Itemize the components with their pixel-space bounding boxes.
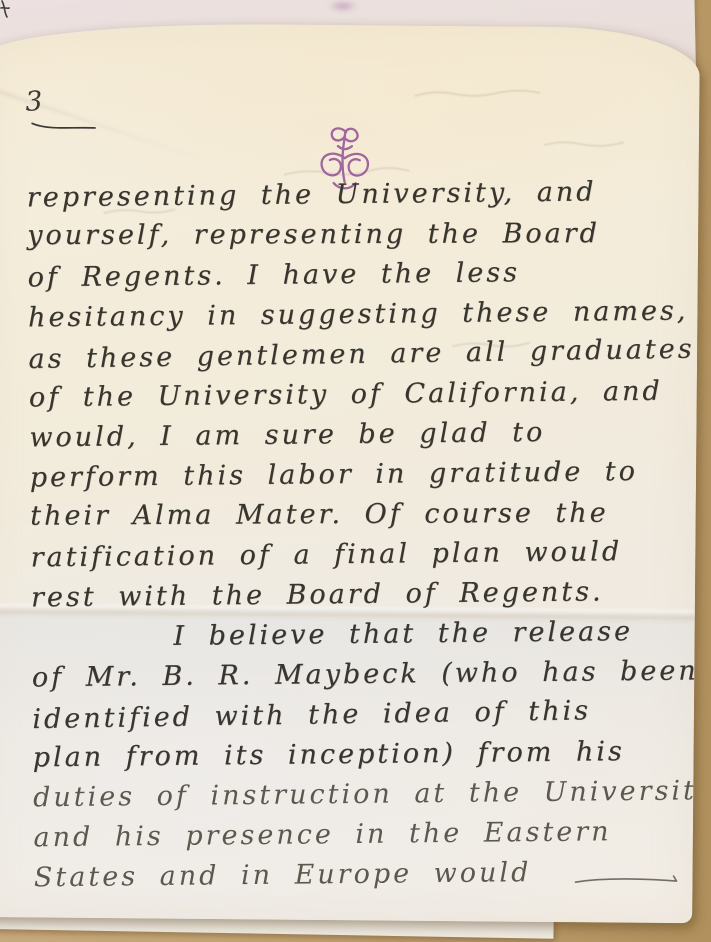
handwritten-line: representing the University, and <box>27 172 675 219</box>
pen-rest-stroke <box>574 873 678 888</box>
handwriting-block: representing the University, and yoursel… <box>27 172 683 899</box>
page-number: 3 <box>24 86 43 118</box>
handwritten-line: would, I am sure be glad to <box>29 412 677 459</box>
letter-photograph: 3 representing the University, and yours… <box>0 0 711 942</box>
letter-page: 3 representing the University, and yours… <box>0 22 700 923</box>
handwritten-line: of the University of California, and <box>29 372 677 419</box>
monogram-bleed-smudge <box>328 0 358 12</box>
handwritten-line: duties of instruction at the University, <box>33 772 681 819</box>
corner-ink-mark <box>0 0 14 22</box>
handwritten-line: I believe that the release <box>31 612 679 659</box>
handwritten-line: their Alma Mater. Of course the <box>30 493 678 536</box>
handwritten-line: rest with the Board of Regents. <box>31 572 679 619</box>
page-number-flourish <box>31 118 97 133</box>
handwritten-line: of Regents. I have the less <box>27 252 675 299</box>
handwritten-line: perform this labor in gratitude to <box>30 452 678 499</box>
handwritten-line: and his presence in the Eastern <box>33 812 681 859</box>
handwritten-line: ratification of a final plan would <box>30 532 678 579</box>
handwritten-line: yourself, representing the Board <box>27 214 675 256</box>
handwritten-line: plan from its inception) from his <box>33 732 681 779</box>
